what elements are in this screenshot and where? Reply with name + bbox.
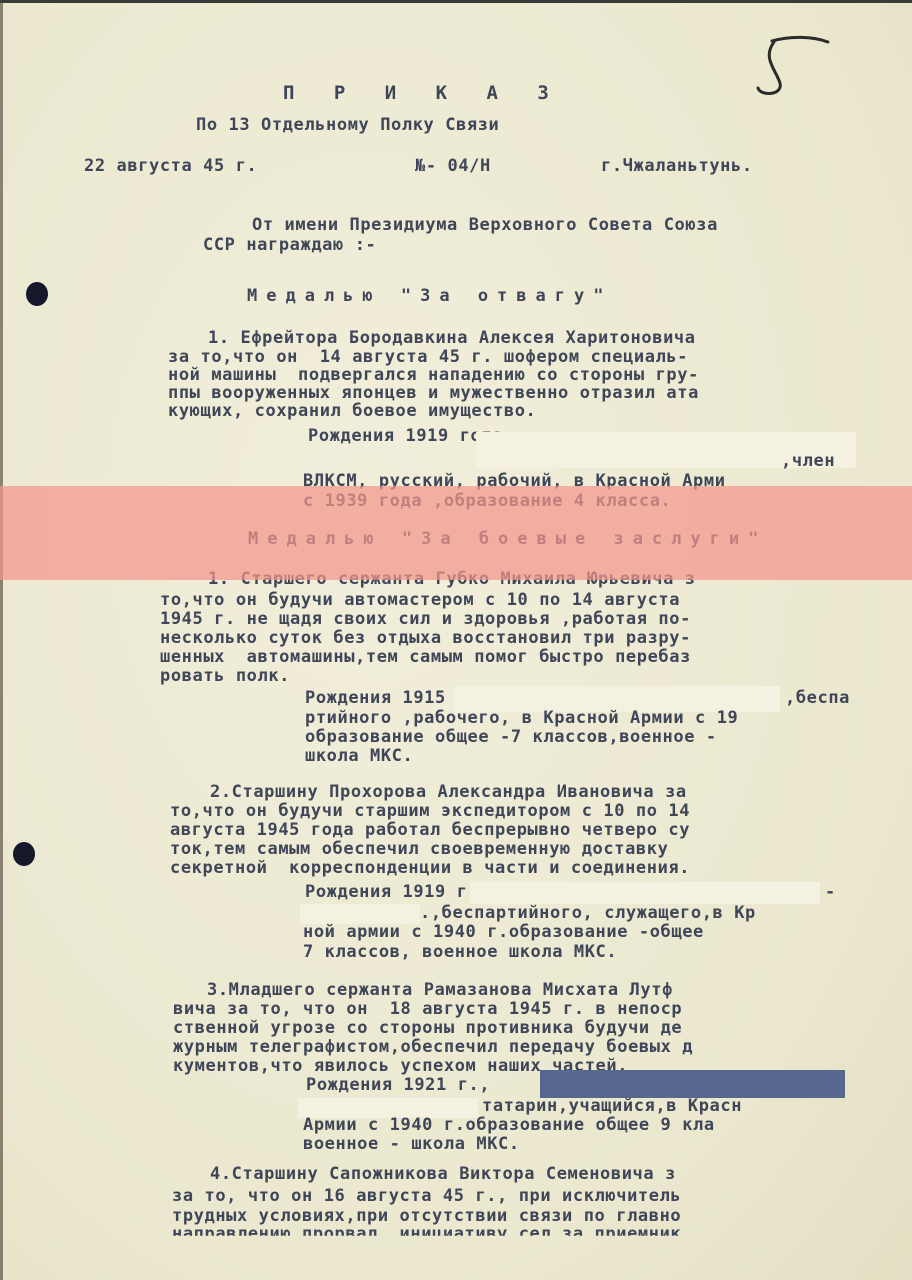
bio-line: ,член — [781, 452, 835, 470]
preamble-line: ССР награждаю :- — [203, 236, 376, 254]
bio-line: - — [825, 883, 836, 901]
order-date: 22 августа 45 г. — [84, 157, 257, 175]
scan-border-left — [0, 0, 3, 1280]
punch-hole-icon — [13, 842, 35, 866]
entry-line: ток,тем самым обеспечил своевременную до… — [170, 840, 668, 858]
entry-line: то,что он будучи старшим экспедитором с … — [170, 802, 690, 820]
entry-line: журным телеграфистом,обеспечил передачу … — [173, 1038, 693, 1056]
entry-line: ппы вооруженных японцев и мужественно от… — [168, 384, 699, 402]
entry-line: августа 1945 года работал беспрерывно че… — [170, 821, 690, 839]
entry-line: шенных автомашины,тем самым помог быстро… — [160, 648, 691, 666]
scan-border-top — [0, 0, 912, 3]
bio-line: ной армии с 1940 г.образование -общее — [303, 923, 704, 941]
entry-line: трудных условиях,при отсутствии связи по… — [172, 1207, 681, 1225]
entry-line: кующих, сохранил боевое имущество. — [168, 402, 536, 420]
entry-line: секретной корреспонденции в части и соед… — [170, 859, 690, 877]
preamble-line: От имени Президиума Верховного Совета Со… — [252, 216, 718, 234]
bio-line: школа МКС. — [305, 747, 413, 765]
order-title: П Р И К А З — [283, 84, 563, 102]
entry-line: несколько суток без отдыха восстановил т… — [160, 629, 691, 647]
bio-line: Рождения 1915 — [305, 689, 446, 707]
order-place: г.Чжаланьтунь. — [601, 157, 753, 175]
bio-line: военное - школа МКС. — [303, 1135, 520, 1153]
section-heading: Медалью "За отвагу" — [247, 287, 612, 305]
bio-line: ртийного ,рабочего, в Красной Армии с 19 — [305, 709, 738, 727]
redaction-box — [470, 882, 820, 904]
entry-line: ственной угрозе со стороны противника бу… — [173, 1019, 682, 1037]
entry-line: ровать полк. — [160, 667, 290, 685]
entry-line: вича за то, что он 18 августа 1945 г. в … — [173, 1000, 682, 1018]
bio-line: образование общее -7 классов,военное - — [305, 728, 717, 746]
order-number: №- 04/Н — [415, 157, 491, 175]
entry-line: за то,что он 14 августа 45 г. шофером сп… — [168, 348, 688, 366]
redaction-box — [540, 1070, 845, 1098]
entry-line: 2.Старшину Прохорова Александра Иванович… — [210, 783, 687, 801]
bio-line: татарин,учащийся,в Красн — [482, 1097, 742, 1115]
bio-line: 7 классов, военное школа МКС. — [303, 943, 617, 961]
punch-hole-icon — [26, 282, 48, 306]
bio-line: Рождения 1919 г., — [305, 883, 489, 901]
order-subtitle: По 13 Отдельному Полку Связи — [196, 116, 499, 134]
highlight-band — [0, 486, 912, 580]
bio-line: Армии с 1940 г.образование общее 9 кла — [303, 1116, 715, 1134]
bio-line: Рождения 1921 г., — [306, 1076, 490, 1094]
entry-line: то,что он будучи автомастером с 10 по 14… — [160, 591, 680, 609]
entry-line: 1. Ефрейтора Бородавкина Алексея Харитон… — [208, 329, 696, 347]
entry-line: 3.Младшего сержанта Рамазанова Мисхата Л… — [207, 981, 673, 999]
handwritten-page-number — [750, 28, 850, 108]
entry-line: 1945 г. не щадя своих сил и здоровья ,ра… — [160, 610, 691, 628]
bio-line: .,беспартийного, служащего,в Кр — [420, 904, 756, 922]
entry-line: 4.Старшину Сапожникова Виктора Семенович… — [210, 1165, 676, 1183]
redaction-box — [300, 904, 420, 924]
entry-line: ной машины подвергался нападению со стор… — [168, 366, 699, 384]
bio-line: ,беспа — [785, 689, 850, 707]
entry-line: за то, что он 16 августа 45 г., при искл… — [172, 1187, 681, 1205]
